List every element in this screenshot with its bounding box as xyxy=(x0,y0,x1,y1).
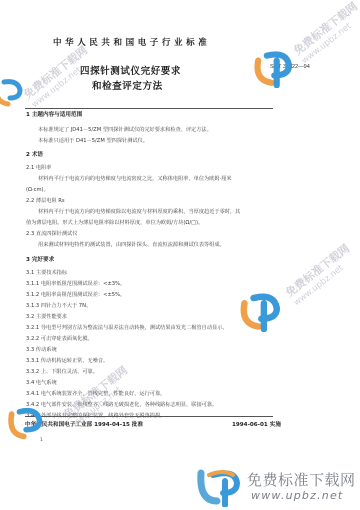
standard-code: SJ/T 31122—94 xyxy=(270,64,310,70)
body-text-line: 3.3.2 上、下限位灵活、可靠。 xyxy=(26,369,98,376)
issuing-organization: 中华人民共和国电子行业标准 xyxy=(0,36,360,48)
watermark-text: 免费标准下载网www.upbz.net xyxy=(22,45,97,111)
document-page: 中华人民共和国电子行业标准 SJ/T 31122—94 四探针测试仪完好要求 和… xyxy=(0,0,360,510)
body-text-line: 3.3.1 传动机构运转正常，无噪音。 xyxy=(26,358,108,365)
page-number: 1 xyxy=(40,438,43,443)
body-text-line: 2.3 直流四探针测试仪 xyxy=(26,231,77,238)
section-heading: 3 完好要求 xyxy=(26,257,54,264)
body-text-line: 用来测试材料电特性的测试装置，由四探针探头、直流恒流源和测试仪表等组成。 xyxy=(26,242,225,249)
body-text-line: 材料内平行于电流方向的电势梯度除以电流度与材料厚度的乘积，当厚度趋近于零时，其 xyxy=(26,209,240,216)
brand-url: www.upbz.net xyxy=(251,489,343,502)
footer-divider xyxy=(25,416,273,417)
header-divider xyxy=(25,108,273,109)
body-text-line: 2.1 电阻率 xyxy=(26,165,51,172)
body-text-line: 3.4.2 电气部件安装、布线整齐，线路无破损老化，各种线路标志明显，联接可靠。 xyxy=(26,402,217,409)
body-text-line: 3.3 传动系统 xyxy=(26,347,57,354)
document-title-line2: 和检查评定方法 xyxy=(92,78,163,92)
document-title-line1: 四探针测试仪完好要求 xyxy=(80,63,181,77)
effective-date: 1994-06-01 实施 xyxy=(232,420,281,428)
body-text-line: 3.2 主要性能要求 xyxy=(26,314,67,321)
body-text-line: 3.1.2 电阻率高阻范围测试误差：<±5%。 xyxy=(26,292,125,299)
body-text-line: 3.4.1 电气系统装置齐全，管线完整，性能良好，运行可靠。 xyxy=(26,391,165,398)
approval-date: 中华人民共和国电子工业部 1994-04-15 批准 xyxy=(25,420,143,428)
body-text-line: (Ω·cm)。 xyxy=(26,187,49,194)
site-brand: 免费标准下载网 www.upbz.net xyxy=(195,465,360,510)
body-text-line: 值为薄层电阻。形式上为薄层电阻率除以材料厚度，单位为欧姆/方块(Ω/□)。 xyxy=(26,220,203,227)
up-logo-icon xyxy=(0,78,26,110)
body-text-line: 材料内平行于电流方向的电势梯度与电流密度之比，又称体电阻率，单位为欧姆·厘米 xyxy=(26,176,232,183)
body-text-line: 2.2 薄层电阻 Rs xyxy=(26,198,65,205)
section-heading: 1 主题内容与适用范围 xyxy=(26,112,82,119)
brand-name: 免费标准下载网 xyxy=(247,469,356,490)
body-text-line: 3.1.1 电阻率低阻范围测试误差：<±3%。 xyxy=(26,281,125,288)
body-text-line: 本标准规定了 JD41－5/ZM 型四探针测试仪的完好要求和检查、评定方法。 xyxy=(26,127,212,134)
section-heading: 2 术语 xyxy=(26,152,43,159)
body-text-line: 3.1.3 四针合力不大于 7N。 xyxy=(26,303,91,310)
watermark-text: 免费标准下载网www.upbz.net xyxy=(292,1,360,67)
up-logo-icon xyxy=(238,290,282,332)
watermark-text: 免费标准下载网www.upbz.net xyxy=(284,243,359,309)
body-text-line: 3.2.2 可击穿硅表面氧化膜。 xyxy=(26,336,93,343)
up-logo-icon xyxy=(195,467,245,507)
body-text-line: 3.2.1 导电型号判别方法为整流法与温差法自动转换，测试结果由发光二极管自动显… xyxy=(26,325,228,332)
body-text-line: 本标准只适用于 D41－5/ZM 型四探针测试仪。 xyxy=(26,138,148,145)
body-text-line: 3.1 主要技术指标 xyxy=(26,270,67,277)
body-text-line: 3.4 电气系统 xyxy=(26,380,57,387)
